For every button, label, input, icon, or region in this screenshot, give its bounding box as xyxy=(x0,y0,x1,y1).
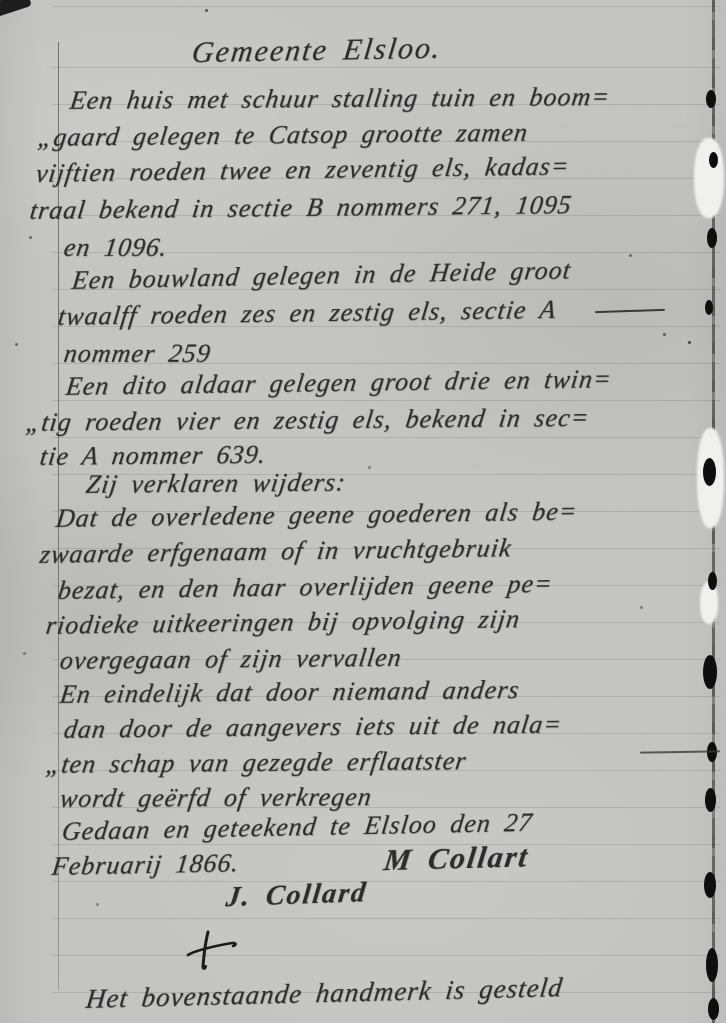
handwritten-line: Zij verklaren wijders: xyxy=(84,468,348,500)
handwritten-line: En eindelijk dat door niemand anders xyxy=(58,675,521,710)
stitch-hole xyxy=(705,300,713,315)
handwritten-line: „gaard gelegen te Catsop grootte zamen xyxy=(36,118,530,153)
stitch-hole xyxy=(707,228,717,248)
handmark-cross xyxy=(184,926,240,972)
handwritten-line: en 1096. xyxy=(62,233,170,263)
stitch-hole xyxy=(706,948,718,982)
torn-edge-patch xyxy=(694,138,724,218)
signature-m-collart: M Collart xyxy=(382,840,531,878)
handwritten-line: dan door de aangevers iets uit de nala= xyxy=(62,710,564,745)
handwritten-line: Een dito aldaar gelegen groot drie en tw… xyxy=(64,364,613,402)
signature-j-collard: J. Collard xyxy=(224,877,369,914)
handwritten-line: traal bekend in sectie B nommers 271, 10… xyxy=(28,190,574,226)
scanned-document-page: Gemeente Elsloo. Een huis met schuur sta… xyxy=(0,0,726,1023)
handwritten-line: bezat, en den haar overlijden geene pe= xyxy=(56,569,554,606)
handwritten-line: wordt geërfd of verkregen xyxy=(58,782,374,814)
handwritten-line: twaalff roeden zes en zestig els, sectie… xyxy=(56,295,558,332)
stitch-hole xyxy=(703,655,717,689)
stitch-hole xyxy=(704,872,716,898)
handwritten-line: „tig roeden vier en zestig els, bekend i… xyxy=(24,403,591,438)
handwritten-line: nommer 259 xyxy=(62,339,213,369)
handwritten-line: Dat de overledene geene goederen als be= xyxy=(54,497,579,534)
corner-ink-mark xyxy=(0,0,32,17)
stitch-hole xyxy=(708,572,717,590)
ink-stroke-mark xyxy=(595,309,665,313)
closing-date-line: Februarij 1866. xyxy=(50,848,241,882)
handwritten-line: Een huis met schuur stalling tuin en boo… xyxy=(68,82,612,116)
handwritten-line: vijftien roeden twee en zeventig els, ka… xyxy=(34,152,571,190)
stitch-hole xyxy=(705,788,716,812)
attestation-line: Het bovenstaande handmerk is gesteld xyxy=(84,972,564,1015)
handwritten-line: tie A nommer 639. xyxy=(38,440,268,472)
handwritten-line: zwaarde erfgenaam of in vruchtgebruik xyxy=(38,533,513,570)
handwritten-line: „ten schap van gezegde erflaatster xyxy=(44,746,468,780)
document-title: Gemeente Elsloo. xyxy=(190,32,444,70)
handwritten-line: riodieke uitkeeringen bij opvolging zijn xyxy=(44,604,522,641)
ink-specks xyxy=(0,0,3,3)
stitch-hole xyxy=(708,998,719,1020)
stitch-hole xyxy=(703,458,716,486)
stitch-hole xyxy=(709,152,718,168)
stitch-hole xyxy=(706,90,716,108)
handwritten-line: overgegaan of zijn vervallen xyxy=(58,643,404,676)
